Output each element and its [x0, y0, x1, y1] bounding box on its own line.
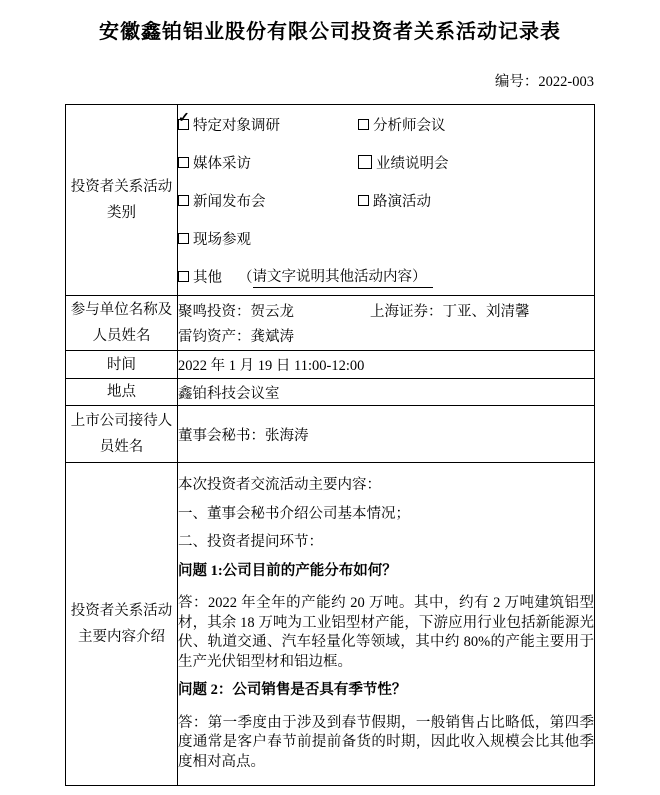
main-content-label: 投资者关系活动 主要内容介绍: [66, 463, 178, 786]
answer-1: 答：2022 年全年的产能约 20 万吨。其中，约有 2 万吨建筑铝型材，其余 …: [178, 594, 594, 672]
content-item-1: 一、董事会秘书介绍公司基本情况；: [178, 505, 594, 525]
option-press-conference[interactable]: 新闻发布会: [178, 190, 358, 211]
option-media-interview[interactable]: 媒体采访: [178, 152, 358, 173]
row-main-content: 投资者关系活动 主要内容介绍 本次投资者交流活动主要内容： 一、董事会秘书介绍公…: [66, 463, 595, 786]
page-title: 安徽鑫铂铝业股份有限公司投资者关系活动记录表: [0, 0, 660, 44]
content-intro: 本次投资者交流活动主要内容：: [178, 476, 594, 496]
checkbox-empty-icon[interactable]: [178, 195, 189, 206]
participants-label-line1: 参与单位名称及: [66, 297, 177, 323]
row-location: 地点 鑫铂科技会议室: [66, 379, 595, 406]
checkbox-empty-icon[interactable]: [358, 155, 372, 169]
main-content-body: 本次投资者交流活动主要内容： 一、董事会秘书介绍公司基本情况； 二、投资者提问环…: [178, 463, 595, 786]
document-page: 安徽鑫铂铝业股份有限公司投资者关系活动记录表 编号：2022-003 投资者关系…: [0, 0, 660, 795]
checkbox-empty-icon[interactable]: [358, 119, 369, 130]
answer-2: 答：第一季度由于涉及到春节假期，一般销售占比略低，第四季度通常是客户春节前提前备…: [178, 714, 594, 773]
participant-leijun: 雷钧资产：龚斌涛: [178, 325, 294, 346]
option-label: 路演活动: [373, 190, 431, 211]
option-roadshow[interactable]: 路演活动: [358, 190, 431, 211]
row-activity-type: 投资者关系活动 类别 特定对象调研 分析师会议: [66, 105, 595, 296]
checkbox-checked-icon[interactable]: [178, 119, 189, 130]
option-label: 其他: [193, 266, 222, 287]
participants-line-1: 聚鸣投资：贺云龙 上海证券：丁亚、刘清馨: [178, 300, 594, 321]
option-label: 分析师会议: [373, 114, 446, 135]
reception-label: 上市公司接待人 员姓名: [66, 406, 178, 463]
option-label: 现场参观: [193, 228, 251, 249]
participants-label-line2: 人员姓名: [66, 323, 177, 349]
row-reception: 上市公司接待人 员姓名 董事会秘书：张海涛: [66, 406, 595, 463]
activity-type-label-line1: 投资者关系活动: [66, 174, 177, 200]
option-label: 特定对象调研: [193, 114, 280, 135]
reception-label-line1: 上市公司接待人: [66, 408, 177, 434]
checkbox-empty-icon[interactable]: [178, 271, 189, 282]
checkbox-empty-icon[interactable]: [178, 157, 189, 168]
row-time: 时间 2022 年 1 月 19 日 11:00-12:00: [66, 351, 595, 379]
option-line-4: 现场参观: [178, 219, 594, 257]
option-other[interactable]: 其他: [178, 266, 222, 287]
option-line-3: 新闻发布会 路演活动: [178, 181, 594, 219]
participant-shanghai-securities: 上海证券：丁亚、刘清馨: [370, 300, 530, 321]
option-line-2: 媒体采访 业绩说明会: [178, 143, 594, 181]
participants-value: 聚鸣投资：贺云龙 上海证券：丁亚、刘清馨 雷钧资产：龚斌涛: [178, 296, 595, 351]
option-analyst-meeting[interactable]: 分析师会议: [358, 114, 446, 135]
activity-type-label-line2: 类别: [66, 200, 177, 226]
reception-value: 董事会秘书：张海涛: [178, 406, 595, 463]
time-label: 时间: [66, 351, 178, 379]
activity-type-label: 投资者关系活动 类别: [66, 105, 178, 296]
other-note-underlined: 请文字说明其他活动内容）: [253, 265, 433, 288]
checkbox-empty-icon[interactable]: [358, 195, 369, 206]
location-label: 地点: [66, 379, 178, 406]
option-special-object-research[interactable]: 特定对象调研: [178, 114, 358, 135]
option-performance-briefing[interactable]: 业绩说明会: [358, 152, 449, 173]
option-site-visit[interactable]: 现场参观: [178, 228, 358, 249]
option-line-5: 其他 （ 请文字说明其他活动内容）: [178, 257, 594, 295]
other-note-open-paren: （: [238, 266, 253, 287]
main-content-label-line2: 主要内容介绍: [66, 624, 177, 650]
main-content-label-line1: 投资者关系活动: [66, 598, 177, 624]
question-2: 问题 2：公司销售是否具有季节性？: [178, 681, 594, 701]
option-line-1: 特定对象调研 分析师会议: [178, 105, 594, 143]
reception-label-line2: 员姓名: [66, 434, 177, 460]
participants-label: 参与单位名称及 人员姓名: [66, 296, 178, 351]
location-value: 鑫铂科技会议室: [178, 379, 595, 406]
record-table: 投资者关系活动 类别 特定对象调研 分析师会议: [65, 104, 595, 786]
time-value: 2022 年 1 月 19 日 11:00-12:00: [178, 351, 595, 379]
content-item-2: 二、投资者提问环节：: [178, 533, 594, 553]
row-participants: 参与单位名称及 人员姓名 聚鸣投资：贺云龙 上海证券：丁亚、刘清馨 雷钧资产：龚…: [66, 296, 595, 351]
participant-jurming: 聚鸣投资：贺云龙: [178, 300, 370, 321]
checkbox-empty-icon[interactable]: [178, 233, 189, 244]
participants-line-2: 雷钧资产：龚斌涛: [178, 325, 594, 346]
option-label: 业绩说明会: [376, 152, 449, 173]
activity-type-options: 特定对象调研 分析师会议 媒体采访 业绩说明会: [178, 105, 595, 296]
doc-number: 编号：2022-003: [64, 70, 596, 91]
option-label: 新闻发布会: [193, 190, 266, 211]
question-1: 问题 1:公司目前的产能分布如何？: [178, 562, 594, 582]
option-label: 媒体采访: [193, 152, 251, 173]
